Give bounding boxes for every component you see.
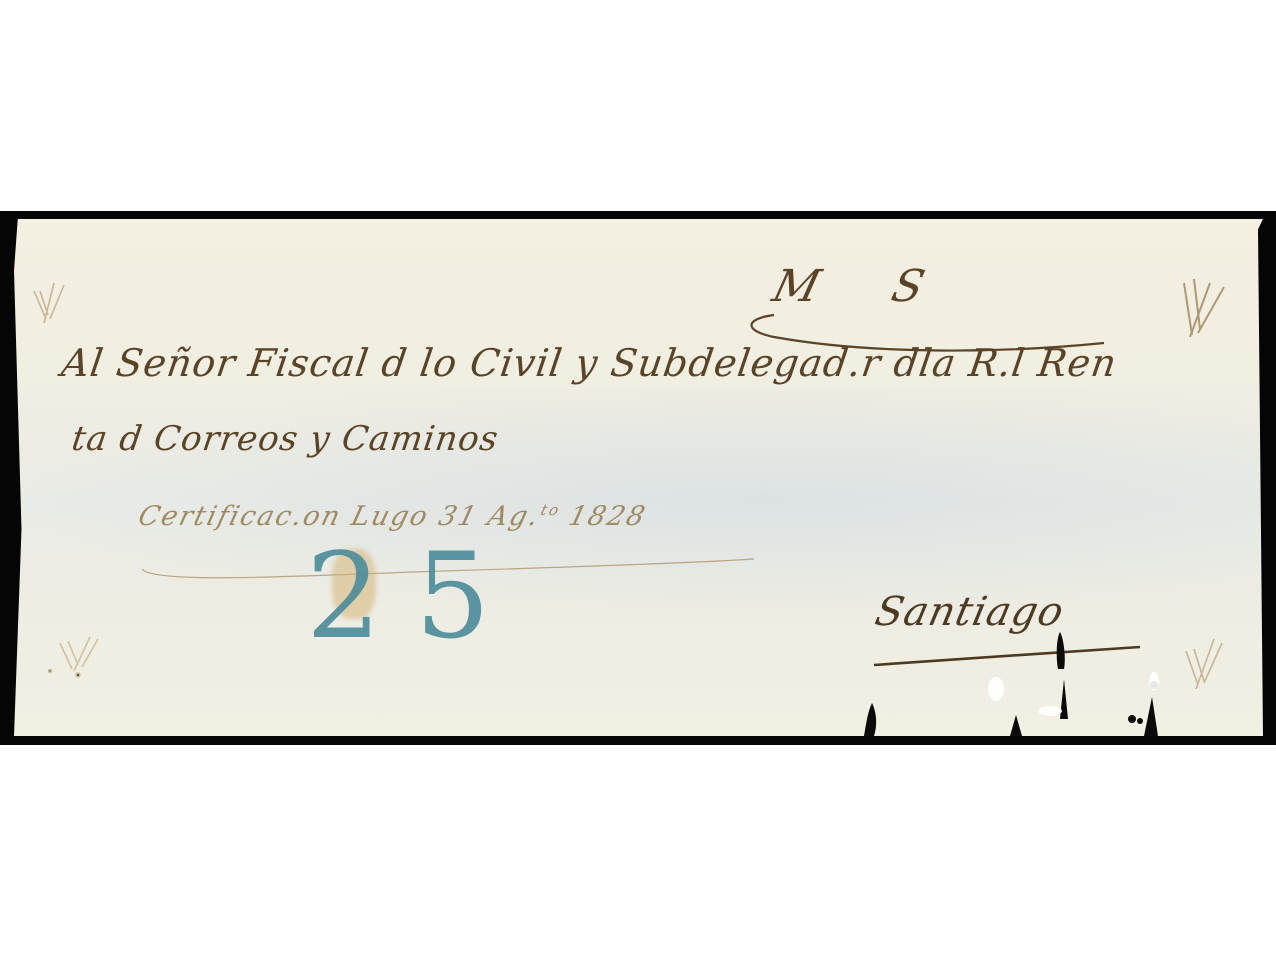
rate-handstamp: 25: [306, 537, 524, 655]
corner-mark-bottom-right-icon: [1186, 639, 1222, 689]
page-canvas: M S Al Señor Fiscal d lo Civil y Subdele…: [0, 0, 1276, 956]
letter-cover: M S Al Señor Fiscal d lo Civil y Subdele…: [14, 219, 1263, 736]
destination-text: Santiago: [871, 589, 1068, 635]
destination-underline: [874, 647, 1140, 665]
corner-mark-top-right-icon: [1184, 279, 1224, 337]
address-line-1: Al Señor Fiscal d lo Civil y Subdelegad.…: [59, 341, 1120, 385]
certification-note-sup: to: [539, 501, 563, 519]
corner-mark-bottom-left-icon: [49, 637, 99, 677]
certification-note-year: 1828: [565, 501, 649, 532]
endorsement-text: M S: [768, 261, 960, 312]
ink-spatter-highlights: [988, 672, 1159, 716]
address-line-2: ta d Correos y Caminos: [69, 419, 501, 459]
corner-mark-top-left-icon: [34, 283, 64, 323]
ink-strokes-overlay: [14, 219, 1263, 736]
